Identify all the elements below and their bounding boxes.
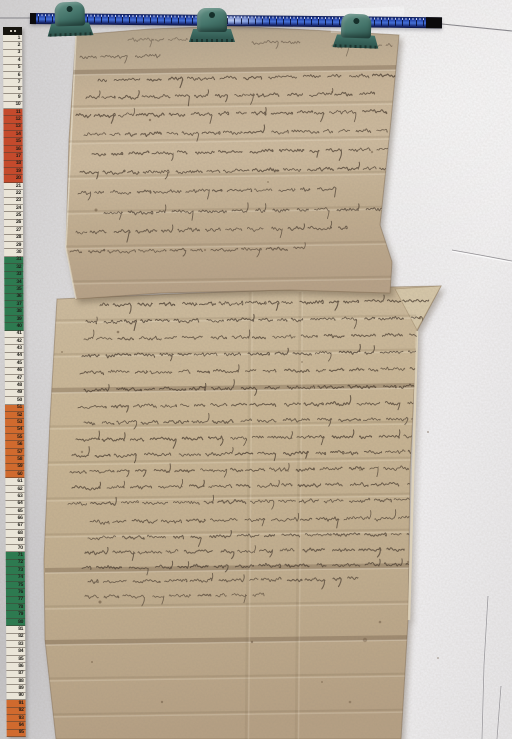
clip-head	[54, 1, 85, 26]
tape-cell-59: 59	[5, 464, 24, 471]
clip-2	[189, 8, 235, 44]
clip-hole-icon	[353, 18, 359, 24]
tape-cell-56: 56	[5, 441, 24, 448]
tape-cell-23: 23	[4, 198, 23, 205]
tape-cell-61: 61	[5, 478, 24, 485]
tape-cell-84: 84	[6, 648, 25, 655]
tape-cell-51: 51	[5, 404, 24, 411]
tape-cell-38: 38	[4, 308, 23, 315]
clip-teeth	[49, 32, 91, 36]
clip-head	[341, 13, 372, 38]
tape-cell-82: 82	[6, 634, 25, 641]
ruler-end-cap-left	[30, 13, 36, 24]
tape-cell-95: 95	[7, 730, 26, 737]
tape-cell-79: 79	[6, 611, 25, 618]
tape-cell-69: 69	[6, 538, 25, 545]
tape-cell-33: 33	[4, 271, 23, 278]
tape-cell-64: 64	[5, 501, 24, 508]
clip-hole-icon	[209, 12, 215, 18]
tape-cell-15: 15	[4, 138, 23, 145]
tape-cell-46: 46	[5, 368, 24, 375]
tape-cell-74: 74	[6, 574, 25, 581]
photo-stage: 1234567891011121314151617181920212223242…	[0, 0, 512, 739]
ruler-end-cap-right	[426, 17, 442, 28]
tape-cell-92: 92	[7, 707, 26, 714]
clip-hole-icon	[67, 6, 73, 12]
tape-cell-41: 41	[5, 331, 24, 338]
clip-teeth	[334, 44, 376, 48]
clip-head	[197, 8, 227, 32]
tape-cell-28: 28	[4, 234, 23, 241]
tape-cell-10: 10	[3, 101, 22, 108]
tape-cell-18: 18	[4, 161, 23, 168]
vertical-measuring-tape: 1234567891011121314151617181920212223242…	[3, 27, 26, 737]
clip-3	[332, 13, 379, 51]
tape-cell-5: 5	[3, 65, 22, 72]
clip-teeth	[191, 39, 233, 42]
tape-cell-20: 20	[4, 175, 23, 182]
clip-1	[46, 1, 93, 39]
tape-cell-87: 87	[6, 671, 25, 678]
tape-header	[3, 27, 22, 35]
manuscript-scene	[0, 0, 512, 739]
